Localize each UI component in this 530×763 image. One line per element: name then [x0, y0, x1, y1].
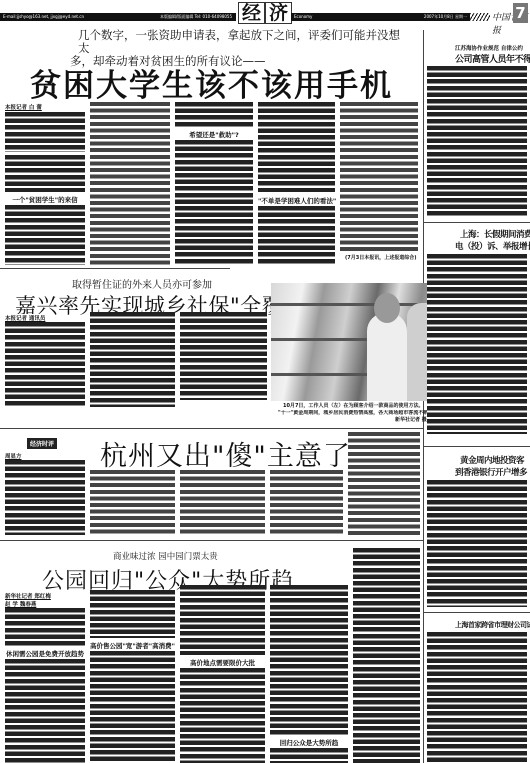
- right-item1-title: 公司高管人员年不得超10人: [455, 52, 530, 65]
- social-security-byline: 本报记者 通讯员: [5, 314, 45, 322]
- main-dateline: (7月3日本报讯，上述报道综合): [345, 255, 417, 262]
- parks-subhead-3: 高价地点需要限价大批: [180, 658, 265, 667]
- main-body-col-3a: [175, 102, 253, 128]
- hangzhou-byline: 周显方: [5, 452, 22, 460]
- right-item2-body: [427, 254, 527, 434]
- right-divider-3: [424, 612, 530, 613]
- hangzhou-body-col-4: [270, 470, 343, 535]
- right-item4-title: 上海首家跨省市理财公司试运行: [455, 620, 530, 630]
- hangzhou-headline: 杭州又出"傻"主意了: [100, 434, 351, 473]
- main-subhead-3: "不单是学困难人们的看法": [258, 196, 335, 205]
- parks-subhead-1: 休闲需公园是免费开放趋势: [5, 649, 85, 658]
- divider-before-hangzhou: [0, 428, 423, 429]
- parks-body-col-2b: [90, 651, 175, 763]
- divider-main-bottom-left: [0, 268, 230, 269]
- parks-body-col-1a: [5, 608, 85, 646]
- parks-body-col-1b: [5, 659, 85, 763]
- social-body-col-3: [180, 312, 267, 400]
- parks-body-col-3b: [180, 668, 265, 763]
- social-dateline: [200, 401, 205, 408]
- masthead-bar-right: Economy 2007年10月8日 星期一: [291, 13, 471, 21]
- right-divider-1: [424, 222, 530, 223]
- right-item3-title-2: 到香港银行开户增多: [455, 466, 527, 478]
- main-body-col-4b: [258, 206, 335, 265]
- divider-before-parks: [0, 540, 423, 541]
- parks-body-col-4b: [270, 748, 348, 763]
- masthead-bar-left: E-mail:jjshyo@163.net, jjxgj@eyd.net.cn …: [0, 13, 236, 21]
- parks-body-col-3a: [180, 585, 265, 655]
- page-number: 7: [513, 3, 528, 23]
- social-body-col-1: [5, 322, 85, 407]
- parks-body-col-5: [353, 548, 420, 763]
- main-body-col-3b: [175, 140, 253, 265]
- hangzhou-body-col-3: [180, 470, 265, 535]
- right-item3-body: [427, 480, 527, 607]
- right-item3-title-1: 黄金周内地投资客: [460, 454, 524, 466]
- photo-caption-line-2: "十一"黄金周期间，城乡居民消费热情高涨，各大商场超市客流不断。: [278, 410, 430, 417]
- section-title-char-1: 经: [238, 2, 265, 24]
- main-body-col-1b: [5, 155, 85, 192]
- photo-caption-line-1: 10月7日，工作人员（左）在为顾客介绍一款商品的使用方法。: [283, 403, 423, 410]
- right-item1-body: [427, 66, 527, 216]
- main-body-col-1a: [5, 112, 85, 152]
- main-subhead-1: 一个"贫困学生"的来信: [5, 195, 85, 204]
- hatch-decoration: [470, 13, 490, 21]
- parks-byline-2: 赵 学 魏春燕: [5, 600, 36, 608]
- hangzhou-body-col-2: [90, 470, 175, 535]
- page-masthead: E-mail:jjshyo@163.net, jjxgj@eyd.net.cn …: [0, 0, 530, 26]
- main-subhead-2: 希望还是"救助"?: [175, 130, 253, 139]
- parks-body-col-2a: [90, 590, 175, 638]
- main-headline: 贫困大学生该不该用手机: [30, 60, 393, 105]
- photo-figure-man: [367, 313, 407, 401]
- right-item1-kicker: 江苏海协作业规范 自律公约: [455, 44, 523, 52]
- social-body-col-2: [90, 312, 175, 407]
- parks-body-col-4a: [270, 585, 348, 735]
- news-photo-shoppers: [271, 283, 430, 401]
- main-body-col-4a: [258, 102, 335, 192]
- hangzhou-body-col-1: [5, 460, 85, 535]
- hangzhou-body-col-5: [348, 432, 420, 535]
- right-item2-title-2: 电（投）诉、举报增长三成: [455, 240, 530, 252]
- section-english: Economy: [294, 14, 312, 19]
- deck-line-1: 几个数字，一张资助申请表，拿起放下之间，评委们可能并没想太: [70, 29, 400, 55]
- main-body-col-1c: [5, 205, 85, 265]
- main-body-col-2: [90, 102, 170, 265]
- parks-kicker: 商业味过浓 园中园门票太贵: [113, 550, 218, 562]
- parks-subhead-2: 高价售公园"宽"游者"高消费": [90, 641, 175, 650]
- photo-credit: 新华社记者 摄: [395, 417, 427, 424]
- photo-shelf: [271, 303, 430, 306]
- right-item2-title-1: 上海：长假期间消费者: [460, 228, 530, 240]
- contact-email: E-mail:jjshyo@163.net, jjxgj@eyd.net.cn: [3, 14, 84, 19]
- parks-subhead-4: 回归公众是大势所趋: [270, 738, 348, 747]
- column-tag-economic-commentary: 经济时评: [27, 438, 57, 449]
- section-title-char-2: 济: [265, 2, 292, 24]
- issue-date: 2007年10月8日 星期一: [424, 13, 467, 21]
- right-item4-body: [427, 632, 527, 763]
- parks-byline-1: 新华社记者 郑红梅: [5, 592, 51, 600]
- photo-figure-head: [374, 293, 400, 323]
- right-divider-2: [424, 446, 530, 447]
- social-security-kicker: 取得暂住证的外来人员亦可参加: [72, 276, 212, 291]
- main-byline: 本报记者 白 蕾: [5, 103, 42, 111]
- editor-info: 本版编辑/版面编辑 Tel: 010-64098055: [160, 13, 232, 21]
- main-body-col-5: [340, 102, 418, 252]
